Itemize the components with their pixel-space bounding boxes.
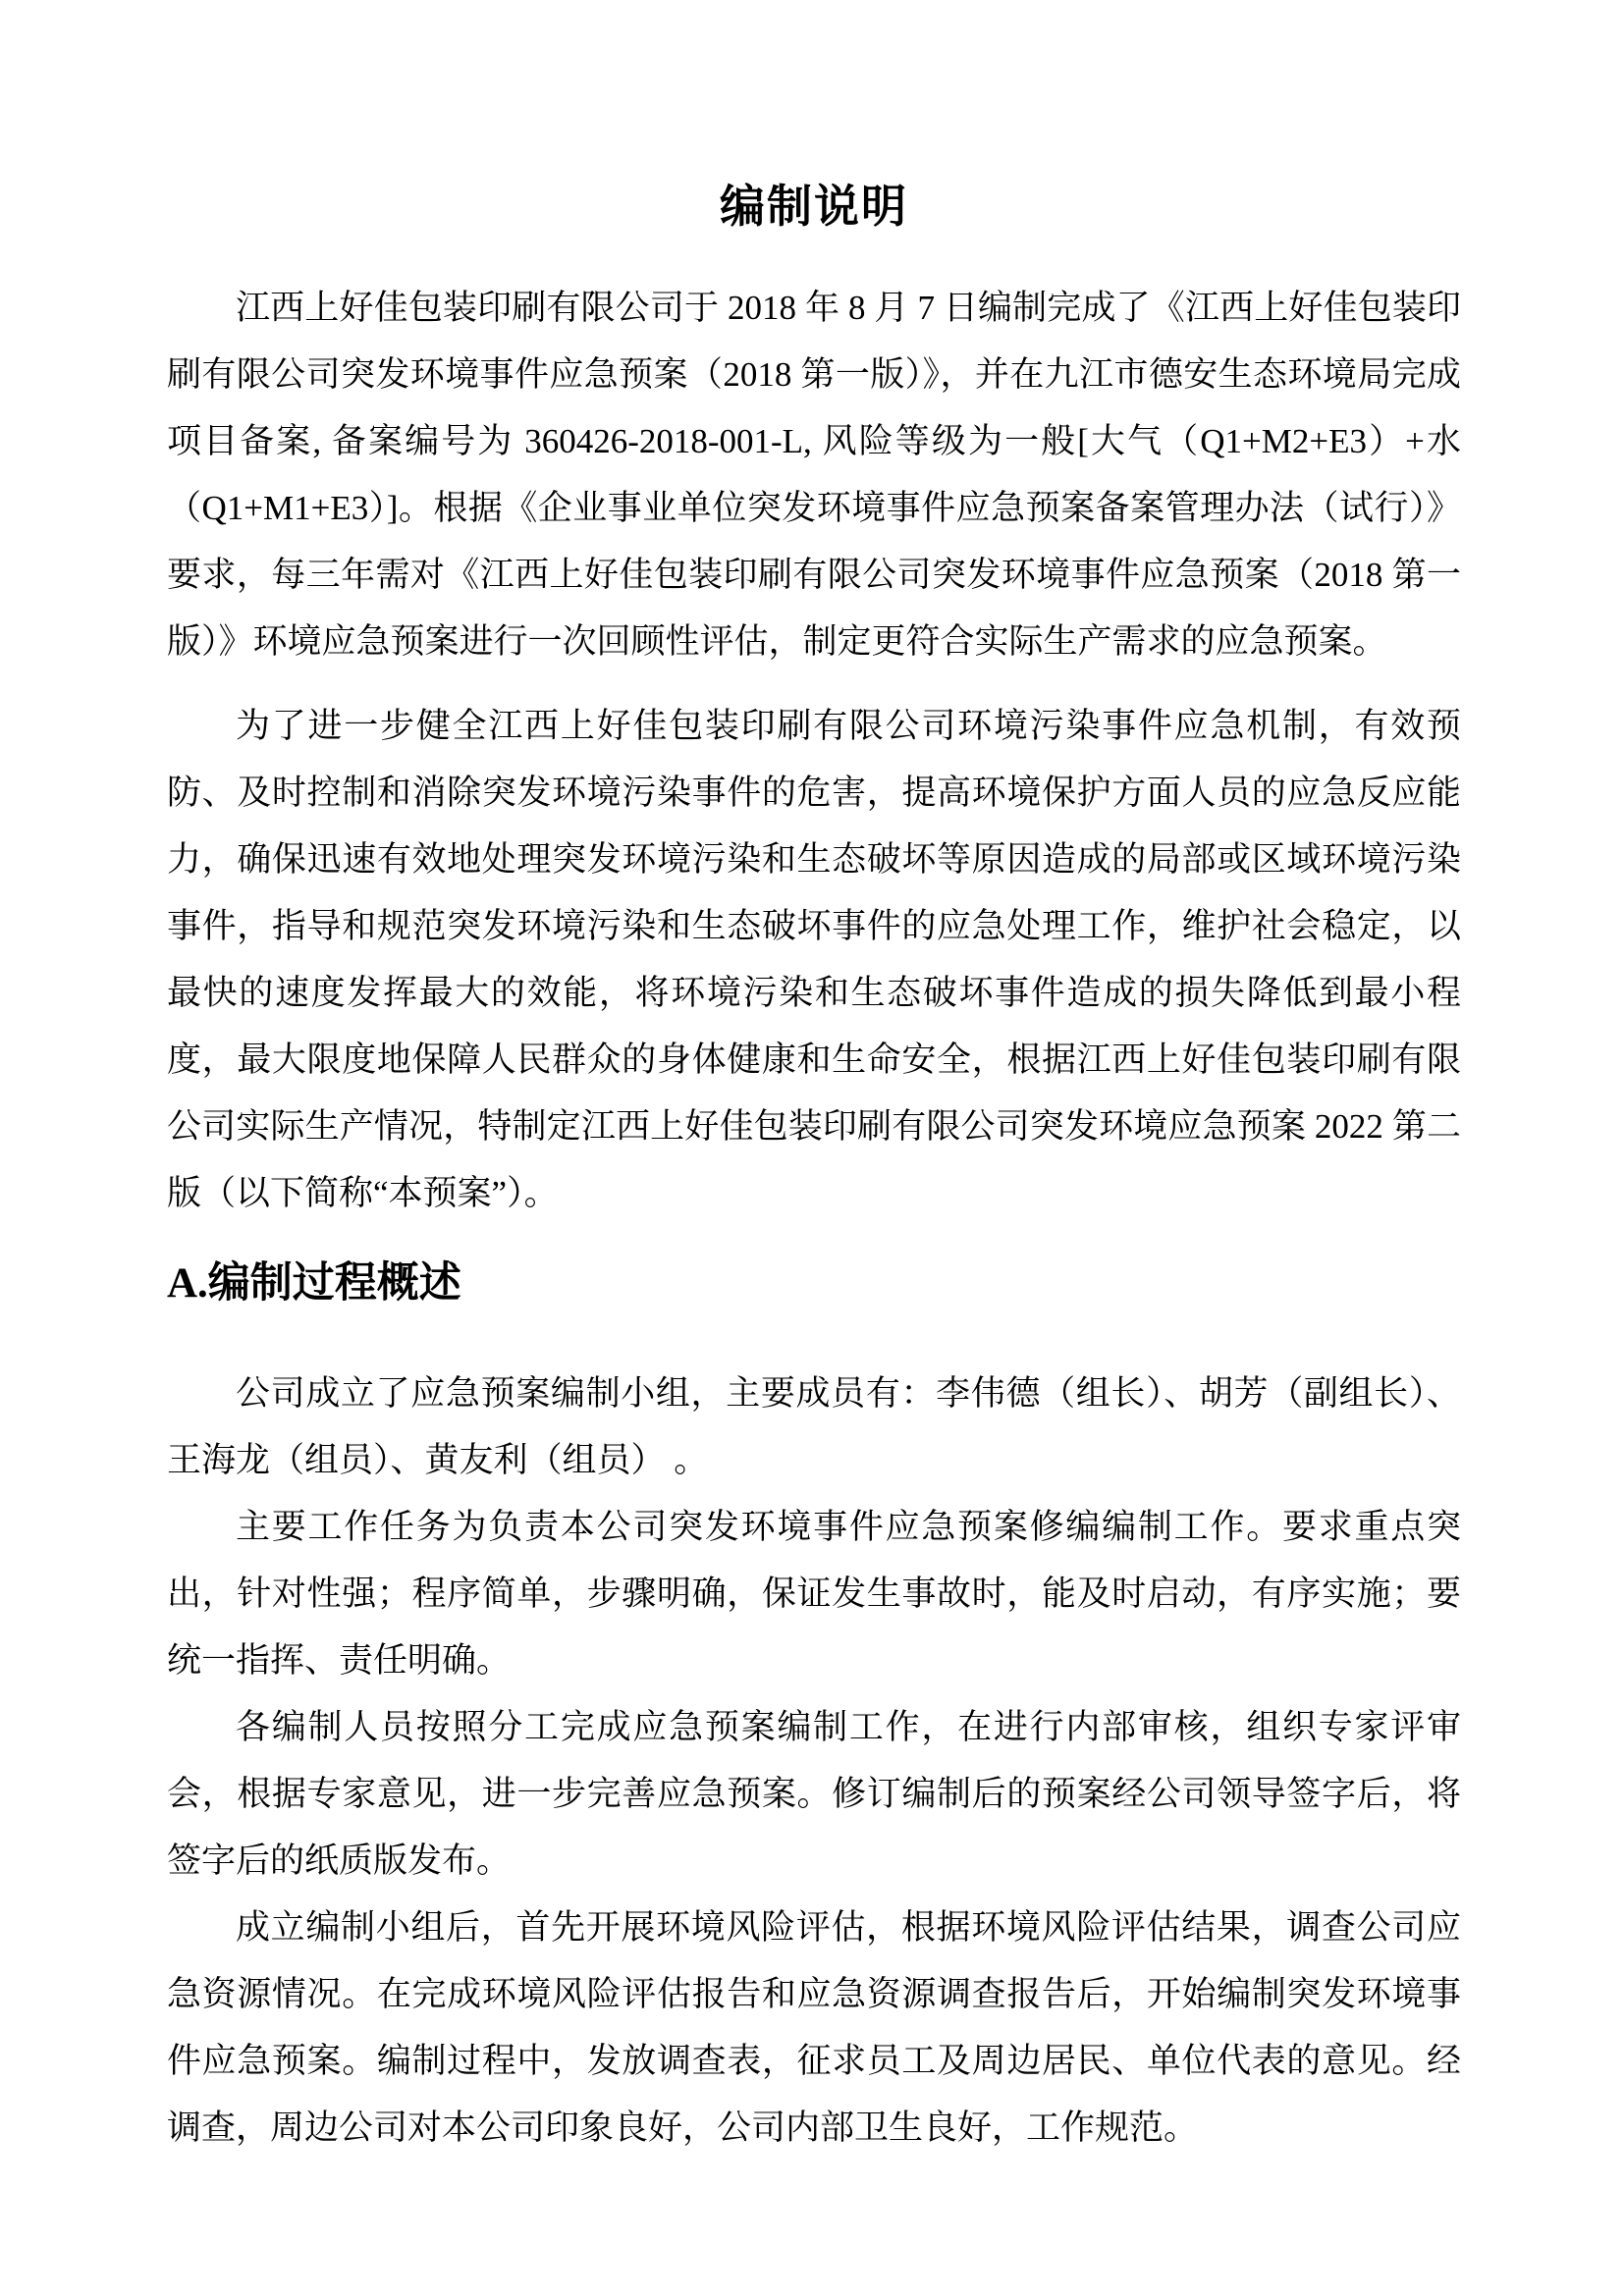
section-a-paragraph-4: 成立编制小组后，首先开展环境风险评估，根据环境风险评估结果，调查公司应急资源情况… [167,1895,1461,2162]
section-a-paragraph-2: 主要工作任务为负责本公司突发环境事件应急预案修编编制工作。要求重点突出，针对性强… [167,1494,1461,1694]
document-page: 编制说明 江西上好佳包装印刷有限公司于 2018 年 8 月 7 日编制完成了《… [0,0,1624,2296]
section-a-heading: A.编制过程概述 [167,1258,1461,1309]
page-title: 编制说明 [167,183,1461,232]
section-a-paragraph-3: 各编制人员按照分工完成应急预案编制工作，在进行内部审核，组织专家评审会，根据专家… [167,1694,1461,1895]
intro-paragraph-1: 江西上好佳包装印刷有限公司于 2018 年 8 月 7 日编制完成了《江西上好佳… [167,275,1461,675]
intro-paragraph-2: 为了进一步健全江西上好佳包装印刷有限公司环境污染事件应急机制，有效预防、及时控制… [167,693,1461,1227]
section-a-paragraph-1: 公司成立了应急预案编制小组，主要成员有：李伟德（组长）、胡芳（副组长）、王海龙（… [167,1361,1461,1494]
